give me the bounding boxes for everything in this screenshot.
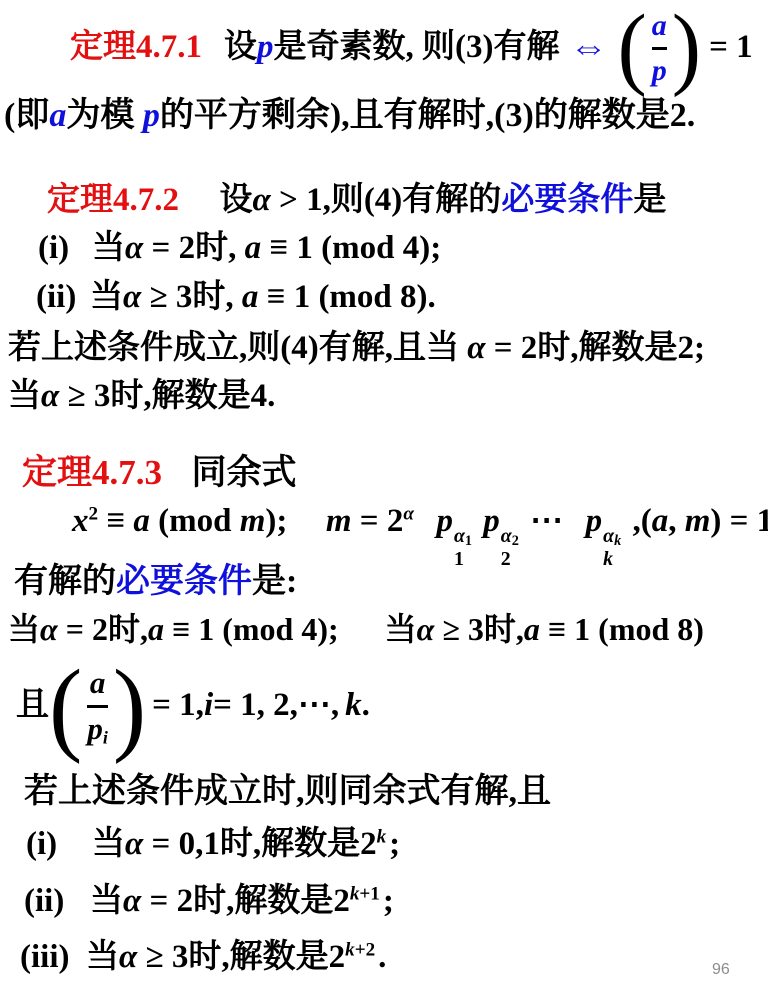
text: . [378,939,386,975]
text: 当 [385,611,417,647]
var-pk: p [586,503,603,539]
theorem-471-title: 定理4.7.1 [70,28,202,68]
theorem-473-heading: 定理4.7.3 同余式 [22,452,297,494]
exponent-alpha: α [403,504,414,525]
item-label: (i) [38,229,92,269]
iff-arrow-icon: ⇔ [569,25,607,71]
text: = 2时, [58,611,148,647]
index-i: i [103,727,108,747]
cdots: ⋯ [530,503,563,539]
alpha-sup: α [501,525,512,547]
text: , [668,503,685,539]
var-m: m [240,503,266,539]
text: (mod [150,503,240,539]
theorem-473-item-ii: (ii)当α = 2时,解数是2k+1; [24,882,394,922]
text: ,( [632,503,651,539]
slide: 定理4.7.1 设 p 是奇素数, 则(3)有解 ⇔ ( a p ) = 1 (… [0,0,768,993]
p2-scripts: α22 [501,527,519,573]
text: 当 [90,883,123,919]
text: ≥ 3时, [434,611,524,647]
denominator-pi: pi [87,713,108,746]
var-alpha: α [40,611,58,647]
theorem-473-cond-line: 当α = 2时,a ≡ 1 (mod 4); 当α ≥ 3时,a ≡ 1 (mo… [8,610,704,648]
text: ≡ 1 (mod 8). [258,279,435,315]
text: 当 [86,939,119,975]
theorem-471-line-2: (即a为模 p的平方剩余),且有解时,(3)的解数是2. [4,96,695,137]
text: ≥ 3时, [141,279,242,315]
exponent-rest: +1 [359,884,379,905]
text: (即 [4,97,49,134]
text: 当 [92,230,125,266]
pk-scripts: αkk [603,527,621,573]
text: 是 [633,182,666,218]
var-x: x [72,503,89,539]
text: = 2时,解数是2 [141,883,350,919]
text: 当 [90,279,123,315]
fraction: a pi [87,667,108,745]
necessary-condition-em: 必要条件 [116,563,252,600]
left-paren: ( [617,9,646,88]
var-p: p [87,711,103,746]
theorem-473-item-i: (i)当α = 0,1时,解数是2k; [26,825,400,865]
numerator-a: a [652,10,667,42]
var-p1: p [436,503,453,539]
right-paren: ) [672,9,701,88]
fraction-bar [87,705,108,708]
var-a: a [133,503,150,539]
text: ≡ 1 (mod 4); [164,611,339,647]
exponent-k: k [350,884,360,905]
theorem-473-legendre-line: 且 ( a pi ) = 1,i = 1, 2,⋯,k. [16,652,370,760]
legendre-symbol-a-pi: ( a pi ) [49,664,146,749]
alpha-sub-index: k [614,533,621,549]
var-alpha: α [119,939,137,975]
theorem-473-subtitle: 同余式 [192,453,297,492]
theorem-473-item-iii: (iii)当α ≥ 3时,解数是2k+2. [20,938,386,978]
text: 当 [92,826,125,862]
fraction: a p [652,10,667,86]
text: 的平方剩余),且有解时,(3)的解数是2. [160,97,695,134]
text: 为模 [66,97,143,134]
text: ; [389,826,400,862]
var-p2: p [483,503,500,539]
var-a: a [245,230,262,266]
text: = 2时,解数是2; [486,330,706,366]
var-i: i [204,686,213,726]
item-label: (ii) [24,882,90,922]
alpha-sup: α [603,525,614,547]
var-m: m [326,503,352,539]
theorem-473-cond-head: 有解的必要条件是: [14,562,297,603]
theorem-472-heading: 定理4.7.2 设α > 1,则(4)有解的必要条件是 [47,181,666,221]
theorem-472-note-1: 若上述条件成立,则(4)有解,且当 α = 2时,解数是2; [8,329,705,369]
var-alpha: α [417,611,435,647]
exponent-k: k [345,940,355,961]
text: = 2时, [143,230,244,266]
var-alpha: α [467,330,485,366]
legendre-symbol-a-p: ( a p ) [617,10,701,86]
text: 当 [8,611,40,647]
var-alpha: α [123,279,141,315]
exponent-2: 2 [89,504,99,525]
pk-index: k [603,550,621,573]
page-number: 96 [712,960,730,979]
text: 是: [252,563,297,600]
p2-index: 2 [501,550,519,573]
var-alpha: α [253,182,271,218]
text: ); [265,503,287,539]
equals-one: = 1 [709,28,753,68]
var-a: a [49,97,66,134]
var-a: a [242,279,259,315]
text: 有解的 [14,563,116,600]
theorem-472-title: 定理4.7.2 [47,182,179,218]
var-alpha: α [125,826,143,862]
var-a: a [148,611,164,647]
theorem-471-text-2: 是奇素数, 则(3)有解 [274,28,560,68]
left-paren: ( [49,661,82,750]
text: ≥ 3时,解数是4. [59,378,275,414]
theorem-472-item-i: (i)当α = 2时, a ≡ 1 (mod 4); [38,229,441,269]
var-p: p [143,97,160,134]
right-paren: ) [113,661,146,750]
text: = 2 [352,503,404,539]
fraction-bar [652,47,667,50]
alpha-sup: α [454,525,465,547]
var-m: m [685,503,711,539]
item-label: (i) [26,825,92,865]
numerator-a: a [90,667,106,700]
alpha-sub-index: 2 [512,533,519,549]
theorem-472-note-2: 当α ≥ 3时,解数是4. [8,377,275,417]
p1-index: 1 [454,550,472,573]
text: . [362,686,370,726]
text-qie: 且 [16,686,49,726]
necessary-condition-em: 必要条件 [501,182,633,218]
denominator-p: p [652,55,667,87]
equiv-sign: ≡ [98,503,133,539]
exponent-k: k [377,827,387,848]
var-alpha: α [123,883,141,919]
var-alpha: α [41,378,59,414]
alpha-sub-index: 1 [465,533,472,549]
theorem-471-text-1: 设 [224,28,257,68]
text: ≡ 1 (mod 4); [261,230,441,266]
text: ≥ 3时,解数是2 [137,939,345,975]
exponent-rest: +2 [355,940,375,961]
p1-scripts: α11 [454,527,472,573]
text: 设 [220,182,253,218]
theorem-473-title: 定理4.7.3 [22,453,162,492]
text: ) = 1 [710,503,768,539]
theorem-472-item-ii: (ii)当α ≥ 3时, a ≡ 1 (mod 8). [36,278,436,318]
item-label: (ii) [36,278,90,318]
var-alpha: α [125,230,143,266]
text: = 1, 2,⋯, [213,686,339,726]
theorem-471-heading: 定理4.7.1 设 p 是奇素数, 则(3)有解 ⇔ ( a p ) = 1 [70,2,753,94]
theorem-473-note: 若上述条件成立时,则同余式有解,且 [24,772,551,813]
var-a: a [652,503,669,539]
text: = 1, [152,686,204,726]
item-label: (iii) [20,938,86,978]
var-a: a [524,611,540,647]
text: 若上述条件成立,则(4)有解,且当 [8,330,467,366]
var-k: k [345,686,362,726]
text: ; [383,883,394,919]
text: ≡ 1 (mod 8) [540,611,704,647]
text: 当 [8,378,41,414]
var-p: p [257,28,274,68]
text: = 0,1时,解数是2 [143,826,376,862]
text: > 1,则(4)有解的 [271,182,502,218]
